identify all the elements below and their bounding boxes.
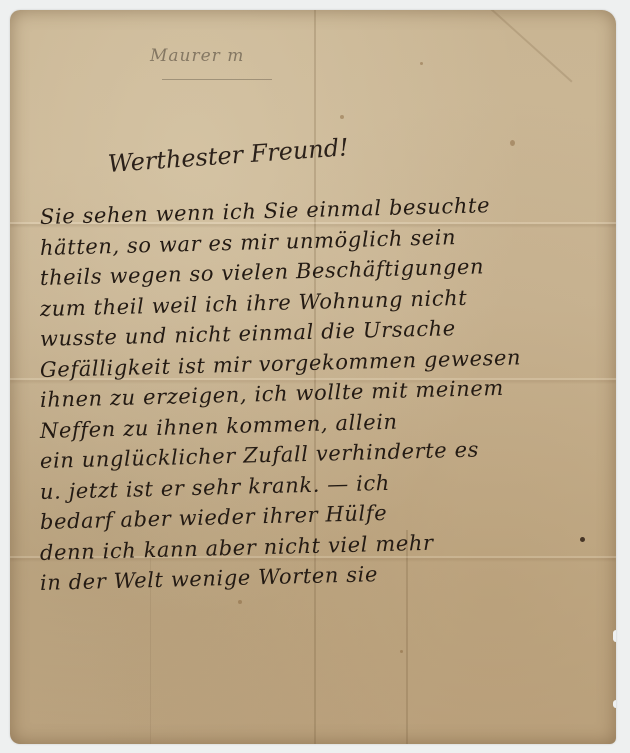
letter-page: Maurer m Werthester Freund! Sie sehen we… (10, 10, 616, 744)
foxing-spot (238, 600, 242, 604)
torn-edge (613, 630, 616, 642)
scan-background: Maurer m Werthester Freund! Sie sehen we… (0, 0, 630, 753)
pencil-underline (162, 79, 272, 80)
foxing-spot (400, 650, 403, 653)
foxing-spot (340, 115, 344, 119)
corner-fold-crease (489, 10, 572, 83)
torn-edge (613, 700, 616, 708)
pencil-annotation: Maurer m (150, 46, 244, 66)
foxing-spot (510, 140, 515, 146)
foxing-spot (420, 62, 423, 65)
letter-body: Sie sehen wenn ich Sie einmal besuchte h… (40, 202, 600, 599)
